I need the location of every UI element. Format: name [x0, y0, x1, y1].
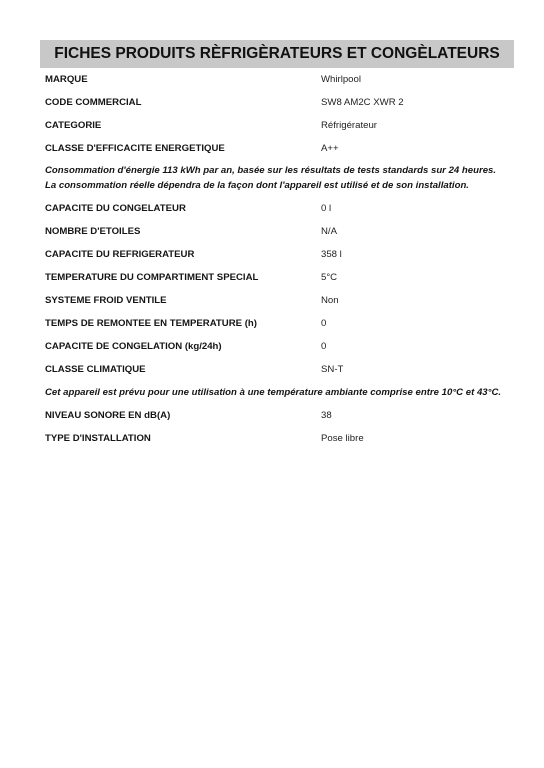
spec-value: A++ [321, 143, 339, 154]
row-niveau-sonore: NIVEAU SONORE EN dB(A) 38 [40, 404, 514, 427]
spec-value: N/A [321, 226, 337, 237]
row-capacite-congelateur: CAPACITE DU CONGELATEUR 0 l [40, 197, 514, 220]
spec-label: CAPACITE DU CONGELATEUR [40, 203, 321, 214]
spec-value: 0 l [321, 203, 331, 214]
spec-label: CAPACITE DE CONGELATION (kg/24h) [40, 341, 321, 352]
spec-value: Non [321, 295, 339, 306]
row-nombre-etoiles: NOMBRE D'ETOILES N/A [40, 220, 514, 243]
row-marque: MARQUE Whirlpool [40, 68, 514, 91]
spec-label: CLASSE D'EFFICACITE ENERGETIQUE [40, 143, 321, 154]
spec-value: Whirlpool [321, 74, 361, 85]
row-capacite-congelation: CAPACITE DE CONGELATION (kg/24h) 0 [40, 335, 514, 358]
spec-label: CATEGORIE [40, 120, 321, 131]
spec-label: TEMPERATURE DU COMPARTIMENT SPECIAL [40, 272, 321, 283]
spec-value: SN-T [321, 364, 343, 375]
spec-table: MARQUE Whirlpool CODE COMMERCIAL SW8 AM2… [40, 68, 514, 450]
climate-note: Cet appareil est prévu pour une utilisat… [40, 381, 514, 404]
spec-label: CLASSE CLIMATIQUE [40, 364, 321, 375]
spec-label: TEMPS DE REMONTEE EN TEMPERATURE (h) [40, 318, 321, 329]
spec-label: NIVEAU SONORE EN dB(A) [40, 410, 321, 421]
spec-value: 0 [321, 341, 326, 352]
energy-consumption-note: Consommation d'énergie 113 kWh par an, b… [40, 160, 514, 197]
spec-label: SYSTEME FROID VENTILE [40, 295, 321, 306]
spec-value: 358 l [321, 249, 342, 260]
spec-label: TYPE D'INSTALLATION [40, 433, 321, 444]
row-classe-climatique: CLASSE CLIMATIQUE SN-T [40, 358, 514, 381]
spec-value: SW8 AM2C XWR 2 [321, 97, 404, 108]
spec-value: 5°C [321, 272, 337, 283]
page-title: FICHES PRODUITS RÈFRIGÈRATEURS ET CONGÈL… [40, 40, 514, 68]
row-classe-efficacite: CLASSE D'EFFICACITE ENERGETIQUE A++ [40, 137, 514, 160]
spec-label: CODE COMMERCIAL [40, 97, 321, 108]
spec-label: CAPACITE DU REFRIGERATEUR [40, 249, 321, 260]
spec-value: Réfrigérateur [321, 120, 377, 131]
row-code-commercial: CODE COMMERCIAL SW8 AM2C XWR 2 [40, 91, 514, 114]
spec-label: NOMBRE D'ETOILES [40, 226, 321, 237]
spec-value: Pose libre [321, 433, 364, 444]
row-categorie: CATEGORIE Réfrigérateur [40, 114, 514, 137]
page-title-text: FICHES PRODUITS RÈFRIGÈRATEURS ET CONGÈL… [54, 45, 500, 63]
row-systeme-froid: SYSTEME FROID VENTILE Non [40, 289, 514, 312]
product-sheet: FICHES PRODUITS RÈFRIGÈRATEURS ET CONGÈL… [40, 40, 514, 450]
spec-value: 38 [321, 410, 332, 421]
row-temps-remontee: TEMPS DE REMONTEE EN TEMPERATURE (h) 0 [40, 312, 514, 335]
spec-label: MARQUE [40, 74, 321, 85]
row-capacite-refrigerateur: CAPACITE DU REFRIGERATEUR 358 l [40, 243, 514, 266]
row-temperature-compartiment: TEMPERATURE DU COMPARTIMENT SPECIAL 5°C [40, 266, 514, 289]
row-type-installation: TYPE D'INSTALLATION Pose libre [40, 427, 514, 450]
spec-value: 0 [321, 318, 326, 329]
